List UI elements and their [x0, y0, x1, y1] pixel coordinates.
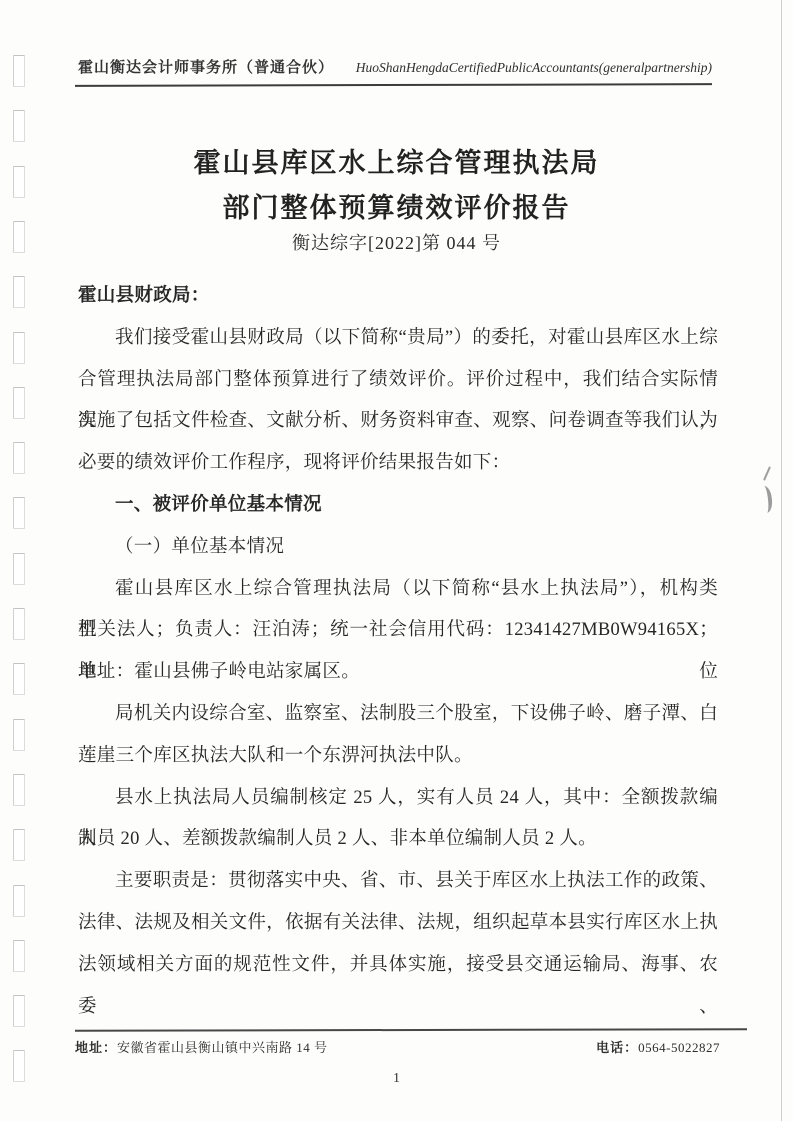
body-line: 实施了包括文件检查、文献分析、财务资料审查、观察、问卷调查等我们认为	[78, 401, 718, 443]
scan-smudge-crescent	[758, 485, 774, 513]
body-line: 法律、法规及相关文件，依据有关法律、法规，组织起草本县实行库区水上执	[78, 903, 718, 945]
body-line: 霍山县库区水上综合管理执法局（以下简称“县水上执法局”），机构类型：	[78, 569, 718, 611]
body-line: 机关法人；负责人：汪泊涛；统一社会信用代码：12341427MB0W94165X…	[78, 610, 718, 652]
body-line: 合管理执法局部门整体预算进行了绩效评价。评价过程中，我们结合实际情况，	[78, 360, 718, 402]
report-title-line1: 霍山县库区水上综合管理执法局	[0, 141, 793, 180]
phone-label: 电话：	[596, 1040, 638, 1055]
phone-value: 0564-5022827	[638, 1040, 720, 1055]
scanned-report-page: 霍山衡达会计师事务所（普通合伙） HuoShanHengdaCertifiedP…	[0, 0, 793, 1121]
report-title-line2: 部门整体预算绩效评价报告	[0, 186, 793, 225]
body-line: （一）单位基本情况	[78, 527, 718, 569]
document-number: 衡达综字[2022]第 044 号	[0, 229, 793, 255]
binding-hole	[13, 332, 25, 364]
header-rule	[75, 83, 712, 87]
binding-hole	[13, 608, 25, 640]
footer-address: 地址：安徽省霍山县衡山镇中兴南路 14 号	[75, 1037, 328, 1056]
binding-hole	[13, 663, 25, 695]
body-line: 主要职责是：贯彻落实中央、省、市、县关于库区水上执法工作的政策、	[78, 861, 718, 903]
address-value: 安徽省霍山县衡山镇中兴南路 14 号	[117, 1040, 328, 1055]
firm-name-english: HuoShanHengdaCertifiedPublicAccountants(…	[356, 60, 712, 76]
binding-hole	[13, 497, 25, 529]
firm-name-chinese: 霍山衡达会计师事务所（普通合伙）	[78, 56, 334, 77]
body-line: 莲崖三个库区执法大队和一个东淠河执法中队。	[78, 736, 718, 778]
body-line: 必要的绩效评价工作程序，现将评价结果报告如下：	[78, 443, 718, 485]
binding-hole	[13, 995, 25, 1027]
binding-hole	[13, 387, 25, 419]
binding-hole	[13, 940, 25, 972]
body-line: 法领域相关方面的规范性文件，并具体实施，接受县交通运输局、海事、农委、	[78, 945, 718, 987]
binding-hole	[13, 55, 25, 87]
binding-hole	[13, 774, 25, 806]
body-line: 霍山县财政局：	[78, 276, 718, 318]
binding-hole	[13, 276, 25, 308]
page-header: 霍山衡达会计师事务所（普通合伙） HuoShanHengdaCertifiedP…	[78, 56, 712, 77]
report-body: 霍山县财政局：我们接受霍山县财政局（以下简称“贵局”）的委托，对霍山县库区水上综…	[78, 276, 718, 987]
address-label: 地址：	[75, 1040, 117, 1055]
body-line: 局机关内设综合室、监察室、法制股三个股室，下设佛子岭、磨子潭、白	[78, 694, 718, 736]
scan-smudge-mark	[763, 466, 771, 481]
footer-rule	[75, 1028, 747, 1031]
binding-hole	[13, 442, 25, 474]
page-number: 1	[0, 1071, 793, 1087]
binding-hole	[13, 885, 25, 917]
body-line: 人员 20 人、差额拨款编制人员 2 人、非本单位编制人员 2 人。	[78, 819, 718, 861]
body-line: 县水上执法局人员编制核定 25 人，实有人员 24 人，其中：全额拨款编制	[78, 778, 718, 820]
page-footer: 地址：安徽省霍山县衡山镇中兴南路 14 号 电话：0564-5022827	[75, 1037, 720, 1056]
binding-hole	[13, 553, 25, 585]
body-line: 一、被评价单位基本情况	[78, 485, 718, 527]
binding-hole	[13, 719, 25, 751]
binding-hole	[13, 110, 25, 142]
body-line: 我们接受霍山县财政局（以下简称“贵局”）的委托，对霍山县库区水上综	[78, 318, 718, 360]
binding-hole	[13, 829, 25, 861]
footer-phone: 电话：0564-5022827	[596, 1037, 720, 1056]
